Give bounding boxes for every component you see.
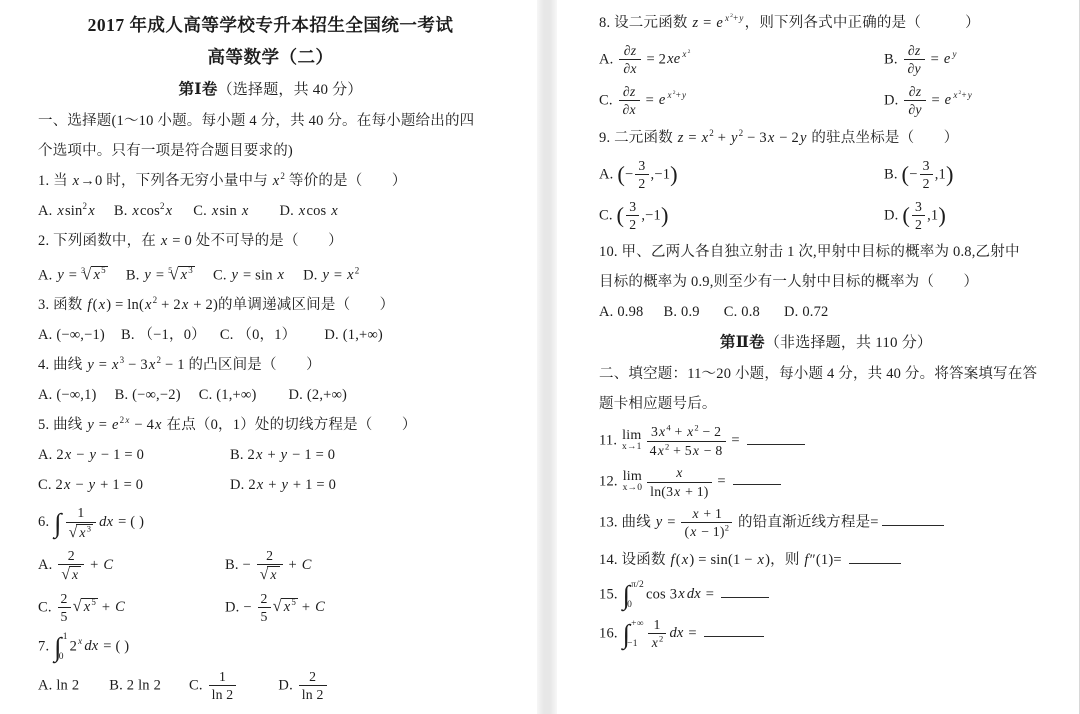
question-4-options: A. (−∞,1)B. (−∞,−2)C. (1,+∞)D. (2,+∞) xyxy=(38,385,503,405)
part1-instruction-line2: 个选项中。只有一项是符合题目要求的) xyxy=(38,141,503,161)
question-6-options-row1: A. 2√x + CB. − 2√x + C xyxy=(38,548,503,584)
question-3-options: A. (−∞,−1)B. （−1，0）C. （0，1）D. (1,+∞) xyxy=(38,325,503,345)
page-gutter xyxy=(537,0,557,714)
page-right-content: 8. 设二元函数 z = ex2+y，则下列各式中正确的是（ ）A. ∂z∂x … xyxy=(599,13,1053,651)
question-2-options: A. y = 3√x5B. y = 5√x3C. y = sin xD. y =… xyxy=(38,261,503,285)
exam-title-line2: 高等数学（二） xyxy=(38,46,503,69)
question-8-options-row1: A. ∂z∂x = 2xex2B. ∂z∂y = ey xyxy=(599,43,1053,77)
question-10-line2: 目标的概率为 0.9,则至少有一人射中目标的概率为（ ） xyxy=(599,272,1053,292)
question-5-options-row1: A. 2x − y − 1 = 0B. 2x + y − 1 = 0 xyxy=(38,445,503,465)
part2-instruction-line2: 题卡相应题号后。 xyxy=(599,394,1053,414)
question-8: 8. 设二元函数 z = ex2+y，则下列各式中正确的是（ ） xyxy=(599,13,1053,33)
question-4: 4. 曲线 y = x3 − 3x2 − 1 的凸区间是（ ） xyxy=(38,355,503,375)
question-9-options-row1: A. (−32,−1)B. (−32,1) xyxy=(599,158,1053,192)
part1-heading: 第Ⅰ卷（选择题，共 40 分） xyxy=(38,80,503,100)
question-11: 11. limx→13x4 + x2 − 24x2 + 5x − 8 = xyxy=(599,424,1053,458)
question-3: 3. 函数 f(x) = ln(x2 + 2x + 2)的单调递减区间是（ ） xyxy=(38,295,503,315)
part2-instruction-line1: 二、填空题：11～20 小题，每小题 4 分，共 40 分。将答案填写在答 xyxy=(599,364,1053,384)
question-10-options: A. 0.98B. 0.9C. 0.8D. 0.72 xyxy=(599,302,1053,322)
part2-heading: 第Ⅱ卷（非选择题，共 110 分） xyxy=(599,333,1053,353)
exam-title-line1: 2017 年成人高等学校专升本招生全国统一考试 xyxy=(38,14,503,37)
part1-instruction-line1: 一、选择题(1～10 小题。每小题 4 分，共 40 分。在每小题给出的四 xyxy=(38,111,503,131)
page-left: 2017 年成人高等学校专升本招生全国统一考试高等数学（二）第Ⅰ卷（选择题，共 … xyxy=(0,0,537,714)
question-15: 15. ∫π/20cos 3xdx = xyxy=(599,580,1053,610)
question-5: 5. 曲线 y = e2x − 4x 在点（0，1）处的切线方程是（ ） xyxy=(38,415,503,435)
page-left-content: 2017 年成人高等学校专升本招生全国统一考试高等数学（二）第Ⅰ卷（选择题，共 … xyxy=(38,14,503,702)
question-16: 16. ∫+∞−11x2dx = xyxy=(599,617,1053,651)
question-9-options-row2: C. (32,−1)D. (32,1) xyxy=(599,199,1053,233)
question-14: 14. 设函数 f(x) = sin(1 − x)，则 f″(1)= xyxy=(599,550,1053,570)
question-13: 13. 曲线 y = x + 1(x − 1)2 的铅直渐近线方程是= xyxy=(599,506,1053,540)
question-7: 7. ∫102xdx = ( ) xyxy=(38,632,503,662)
exam-sheet: 2017 年成人高等学校专升本招生全国统一考试高等数学（二）第Ⅰ卷（选择题，共 … xyxy=(0,0,1080,714)
question-2: 2. 下列函数中，在 x = 0 处不可导的是（ ） xyxy=(38,231,503,251)
question-1-options: A. xsin2xB. xcos2xC. xsin xD. xcos x xyxy=(38,201,503,221)
question-8-options-row2: C. ∂z∂x = ex2+yD. ∂z∂y = ex2+y xyxy=(599,84,1053,118)
question-1: 1. 当 x→0 时，下列各无穷小量中与 x2 等价的是（ ） xyxy=(38,171,503,191)
question-10-line1: 10. 甲、乙两人各自独立射击 1 次,甲射中目标的概率为 0.8,乙射中 xyxy=(599,242,1053,262)
page-right: 8. 设二元函数 z = ex2+y，则下列各式中正确的是（ ）A. ∂z∂x … xyxy=(557,0,1080,714)
question-12: 12. limx→0xln(3x + 1) = xyxy=(599,465,1053,499)
question-9: 9. 二元函数 z = x2 + y2 − 3x − 2y 的驻点坐标是（ ） xyxy=(599,128,1053,148)
question-6-options-row2: C. 25√x5 + CD. − 25√x5 + C xyxy=(38,591,503,625)
question-5-options-row2: C. 2x − y + 1 = 0D. 2x + y + 1 = 0 xyxy=(38,475,503,495)
question-7-options: A. ln 2B. 2 ln 2C. 1ln 2D. 2ln 2 xyxy=(38,669,503,703)
question-6: 6. ∫1√x3dx = ( ) xyxy=(38,505,503,541)
